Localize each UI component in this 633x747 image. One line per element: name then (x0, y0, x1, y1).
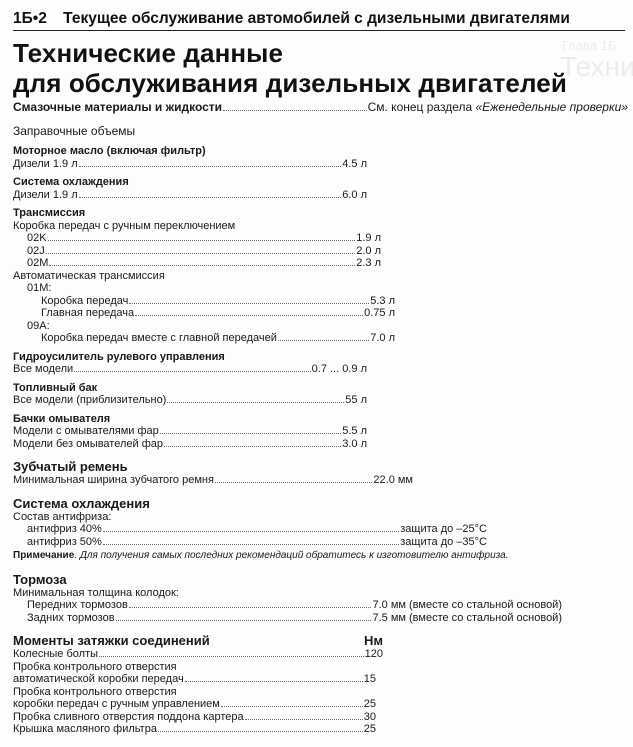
dot-leader (49, 257, 355, 266)
spec-value: защита до –25°С (400, 523, 487, 536)
spec-row: Задних тормозов7.5 мм (вместе со стально… (13, 612, 562, 625)
spec-label: коробки передач с ручным управлением (13, 698, 220, 711)
spec-value: 1.9 л (356, 232, 381, 245)
coolant-heading: Система охлаждения (13, 496, 628, 511)
spec-label: Колесные болты (13, 648, 98, 661)
spec-label: Коробка передач (41, 295, 128, 308)
spec-label: автоматической коробки передач (13, 673, 184, 686)
cooling-capacity-heading: Система охлаждения (13, 176, 628, 189)
spec-row: антифриз 40%защита до –25°С (13, 523, 487, 536)
power-steering-heading: Гидроусилитель рулевого управления (13, 351, 628, 364)
spec-value: 55 л (345, 394, 367, 407)
spec-value: 0.7 ... 0.9 л (312, 363, 367, 376)
brakes-subheading: Минимальная толщина колодок: (13, 587, 628, 600)
spec-label-line1: Пробка контрольного отверстия (13, 661, 628, 674)
spec-row: Пробка сливного отверстия поддона картер… (13, 711, 376, 724)
spec-value: 5.5 л (342, 425, 367, 438)
coolant-note: Примечание. Для получения самых последни… (13, 550, 628, 563)
spec-value: 15 (364, 673, 376, 686)
page-title-line1: Технические данные (13, 38, 567, 68)
dot-leader (74, 363, 310, 372)
spec-row: Модели с омывателями фар5.5 л (13, 425, 367, 438)
dot-leader (167, 394, 344, 403)
spec-label: 02K (27, 232, 47, 245)
transmission-heading: Трансмиссия (13, 207, 628, 220)
facing-page-bleedthrough: Глава 1Б Техни (560, 38, 633, 83)
spec-label: Передних тормозов (27, 599, 128, 612)
spec-label: Дизели 1.9 л (13, 158, 78, 171)
spec-row: Дизели 1.9 л4.5 л (13, 158, 367, 171)
washer-heading: Бачки омывателя (13, 413, 628, 426)
dot-leader (158, 723, 363, 732)
spec-label: Коробка передач вместе с главной передач… (41, 332, 277, 345)
spec-value: 4.5 л (342, 158, 367, 171)
spec-row: Все модели (приблизительно)55 л (13, 394, 367, 407)
spec-label: Модели без омывателей фар (13, 438, 163, 451)
engine-oil-heading: Моторное масло (включая фильтр) (13, 145, 628, 158)
dot-leader (103, 536, 399, 545)
spec-label: Крышка масляного фильтра (13, 723, 157, 736)
dot-leader (46, 245, 355, 254)
spec-value: 25 (364, 723, 376, 736)
spec-label-line1: Пробка контрольного отверстия (13, 686, 628, 699)
spec-value: защита до –35°С (400, 536, 487, 549)
spec-label: Главная передача (41, 307, 134, 320)
spec-row: коробки передач с ручным управлением25 (13, 698, 376, 711)
spec-row: Дизели 1.9 л6.0 л (13, 189, 367, 202)
spec-label: антифриз 40% (27, 523, 102, 536)
spec-value: 0.75 л (364, 307, 395, 320)
spec-value: 5.3 л (370, 295, 395, 308)
dot-leader (48, 232, 356, 241)
running-header: 1Б•2 Текущее обслуживание автомобилей с … (13, 8, 625, 31)
spec-row: 02M2.3 л (13, 257, 381, 270)
spec-label: Минимальная ширина зубчатого ремня (13, 474, 214, 487)
spec-row: Коробка передач вместе с главной передач… (13, 332, 395, 345)
spec-label: 02M (27, 257, 48, 270)
page-number: 1Б•2 (13, 10, 47, 27)
note-label: Примечание (13, 550, 74, 561)
spec-row: Передних тормозов7.0 мм (вместе со сталь… (13, 599, 562, 612)
dot-leader (215, 474, 372, 483)
spec-row: Колесные болты120 (13, 648, 383, 661)
spec-value: 3.0 л (342, 438, 367, 451)
dot-leader (129, 295, 369, 304)
lubricants-ref-link: «Еженедельные проверки» (476, 100, 629, 114)
lubricants-value: См. конец раздела «Еженедельные проверки… (368, 101, 628, 114)
spec-row: Минимальная ширина зубчатого ремня22.0 м… (13, 474, 413, 487)
spec-label: Пробка сливного отверстия поддона картер… (13, 711, 244, 724)
capacities-heading: Заправочные объемы (13, 125, 628, 138)
note-text: Для получения самых последних рекомендац… (80, 550, 509, 561)
torque-heading: Моменты затяжки соединений (13, 633, 210, 648)
dot-leader (103, 523, 399, 532)
torque-heading-row: Моменты затяжки соединений Нм (13, 633, 383, 648)
lubricants-row: Смазочные материалы и жидкости См. конец… (13, 101, 628, 114)
spec-row: Крышка масляного фильтра25 (13, 723, 376, 736)
spec-row: автоматической коробки передач15 (13, 673, 376, 686)
timing-belt-heading: Зубчатый ремень (13, 459, 628, 474)
fuel-tank-heading: Топливный бак (13, 382, 628, 395)
spec-value: 7.0 л (370, 332, 395, 345)
auto-09a-label: 09A: (13, 320, 628, 333)
brakes-heading: Тормоза (13, 572, 628, 587)
spec-value: 25 (364, 698, 376, 711)
dot-leader (79, 158, 342, 167)
spec-label: антифриз 50% (27, 536, 102, 549)
spec-row: Модели без омывателей фар3.0 л (13, 438, 367, 451)
spec-value: 22.0 мм (373, 474, 413, 487)
spec-content: Смазочные материалы и жидкости См. конец… (13, 101, 628, 736)
dot-leader (223, 102, 367, 111)
dot-leader (99, 648, 364, 657)
dot-leader (185, 673, 363, 682)
dot-leader (164, 438, 341, 447)
spec-label: Все модели (приблизительно) (13, 394, 166, 407)
spec-value: 2.0 л (356, 245, 381, 258)
spec-row: 02K1.9 л (13, 232, 381, 245)
spec-row: Главная передача0.75 л (13, 307, 395, 320)
dot-leader (221, 698, 363, 707)
page-title: Технические данные для обслуживания дизе… (13, 38, 567, 98)
dot-leader (129, 599, 372, 608)
dot-leader (278, 332, 369, 341)
spec-label: 02J (27, 245, 45, 258)
coolant-subheading: Состав антифриза: (13, 511, 628, 524)
chapter-title: Текущее обслуживание автомобилей с дизел… (63, 10, 570, 27)
spec-row: 02J2.0 л (13, 245, 381, 258)
spec-row: антифриз 50%защита до –35°С (13, 536, 487, 549)
spec-value: 7.0 мм (вместе со стальной основой) (372, 599, 562, 612)
manual-gearbox-heading: Коробка передач с ручным переключением (13, 220, 628, 233)
dot-leader (79, 189, 342, 198)
spec-label: Все модели (13, 363, 73, 376)
spec-value: 7.5 мм (вместе со стальной основой) (372, 612, 562, 625)
auto-transmission-heading: Автоматическая трансмиссия (13, 270, 628, 283)
torque-unit: Нм (364, 633, 383, 648)
dot-leader (116, 612, 372, 621)
auto-01m-label: 01M: (13, 282, 628, 295)
ghost-chapter-label: Глава 1Б (562, 38, 633, 53)
spec-label: Задних тормозов (27, 612, 115, 625)
lubricants-label: Смазочные материалы и жидкости (13, 101, 222, 114)
page-title-line2: для обслуживания дизельных двигателей (13, 68, 567, 98)
lubricants-ref-prefix: См. конец раздела (368, 100, 473, 114)
dot-leader (245, 711, 363, 720)
spec-value: 120 (365, 648, 383, 661)
spec-value: 6.0 л (342, 189, 367, 202)
dot-leader (160, 425, 341, 434)
ghost-title: Техни (560, 51, 633, 83)
dot-leader (135, 307, 363, 316)
spec-label: Модели с омывателями фар (13, 425, 159, 438)
spec-label: Дизели 1.9 л (13, 189, 78, 202)
spec-row: Все модели0.7 ... 0.9 л (13, 363, 367, 376)
spec-row: Коробка передач5.3 л (13, 295, 395, 308)
spec-value: 2.3 л (356, 257, 381, 270)
spec-value: 30 (364, 711, 376, 724)
